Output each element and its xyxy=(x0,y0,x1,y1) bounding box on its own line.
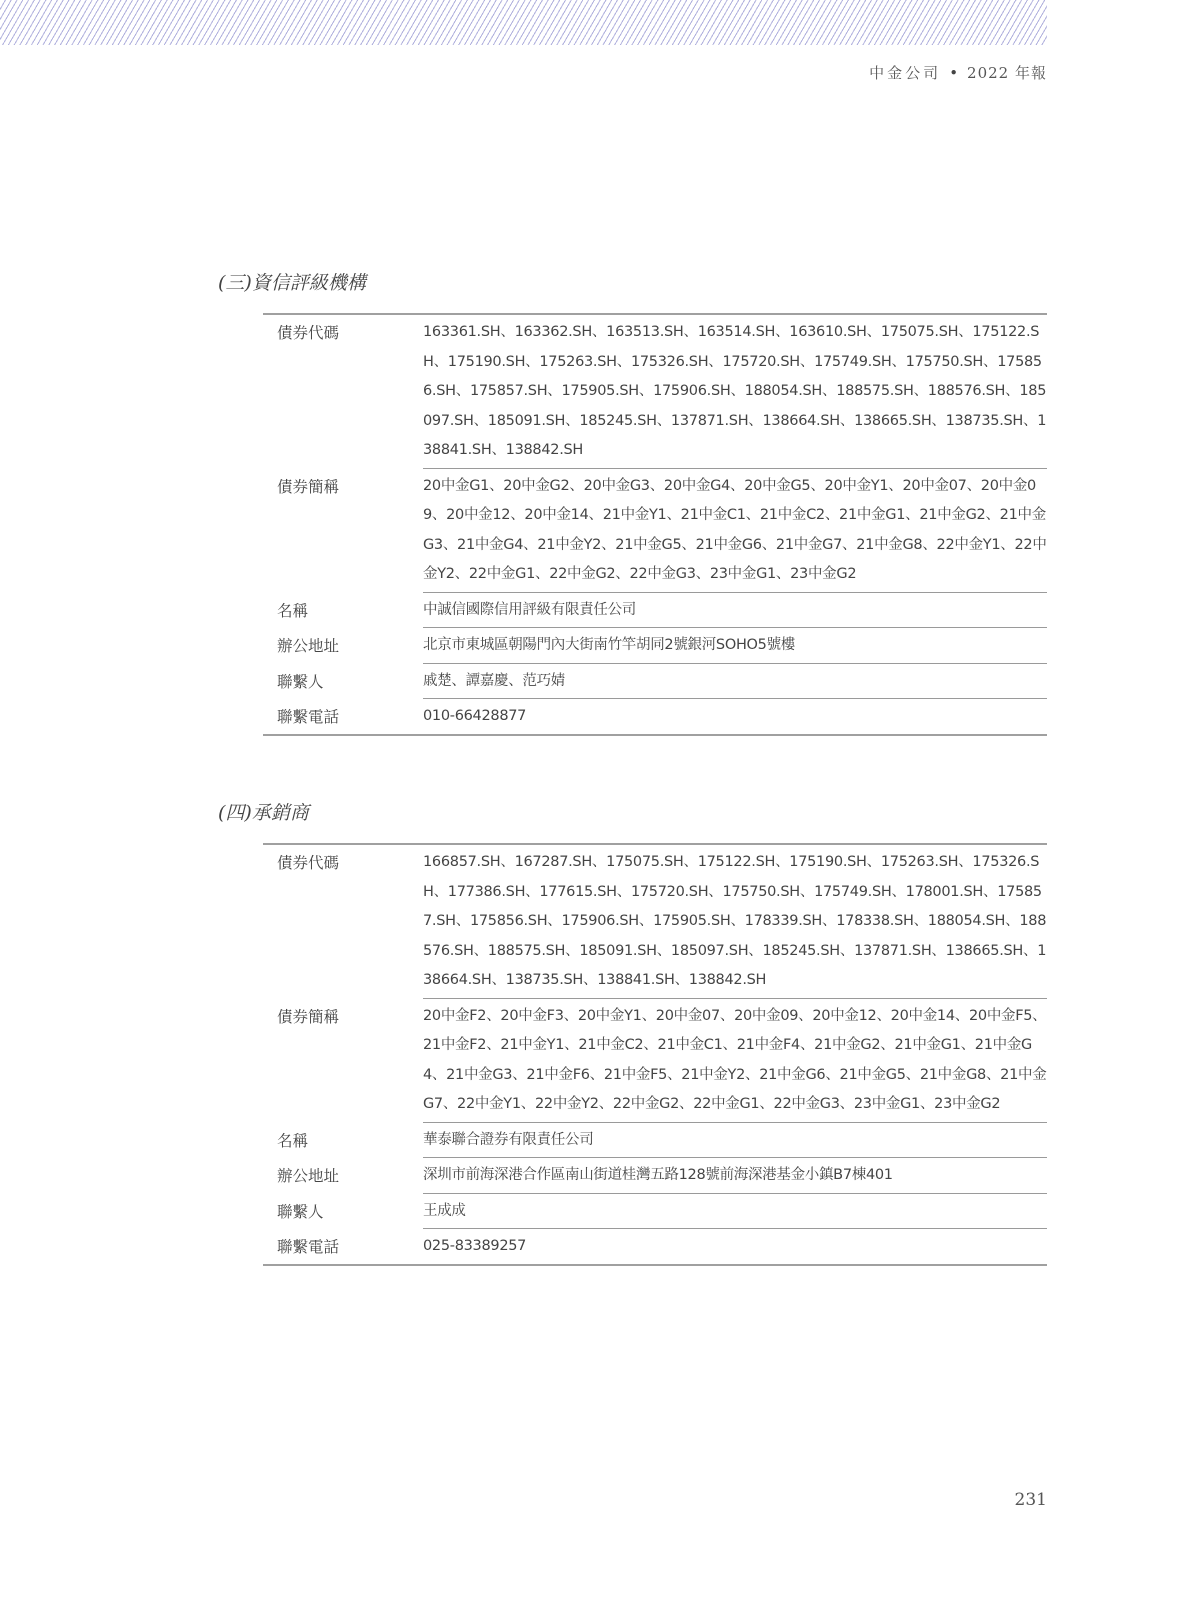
row-value: 中誠信國際信用評級有限責任公司 xyxy=(423,593,1047,629)
row-label: 聯繫人 xyxy=(263,1194,423,1230)
row-label: 聯繫電話 xyxy=(263,699,423,734)
table-row-contact-phone: 聯繫電話 025-83389257 xyxy=(263,1229,1047,1264)
running-header: 中金公司 • 2022 年報 xyxy=(869,62,1047,83)
decorative-hatch-band xyxy=(0,0,1047,45)
row-value: 010-66428877 xyxy=(423,699,1047,734)
row-value: 20中金F2、20中金F3、20中金Y1、20中金07、20中金09、20中金1… xyxy=(423,999,1047,1123)
row-label: 債券代碼 xyxy=(263,845,423,999)
row-label: 債券簡稱 xyxy=(263,999,423,1123)
row-label: 辦公地址 xyxy=(263,628,423,664)
page-number: 231 xyxy=(1015,1490,1047,1510)
row-value: 166857.SH、167287.SH、175075.SH、175122.SH、… xyxy=(423,845,1047,999)
row-value: 20中金G1、20中金G2、20中金G3、20中金G4、20中金G5、20中金Y… xyxy=(423,469,1047,593)
row-value: 深圳市前海深港合作區南山街道桂灣五路128號前海深港基金小鎮B7棟401 xyxy=(423,1158,1047,1194)
table-row-bond-codes: 債券代碼 163361.SH、163362.SH、163513.SH、16351… xyxy=(263,315,1047,469)
header-company: 中金公司 xyxy=(869,62,941,83)
underwriter-table: 債券代碼 166857.SH、167287.SH、175075.SH、17512… xyxy=(263,843,1047,1266)
row-value: 北京市東城區朝陽門內大街南竹竿胡同2號銀河SOHO5號樓 xyxy=(423,628,1047,664)
row-value: 163361.SH、163362.SH、163513.SH、163514.SH、… xyxy=(423,315,1047,469)
table-row-office-address: 辦公地址 北京市東城區朝陽門內大街南竹竿胡同2號銀河SOHO5號樓 xyxy=(263,628,1047,664)
row-value: 戚楚、譚嘉慶、范巧婧 xyxy=(423,664,1047,700)
row-label: 債券代碼 xyxy=(263,315,423,469)
row-label: 債券簡稱 xyxy=(263,469,423,593)
section-title-rating-agency: (三)資信評級機構 xyxy=(218,268,366,295)
table-row-name: 名稱 中誠信國際信用評級有限責任公司 xyxy=(263,593,1047,629)
table-row-office-address: 辦公地址 深圳市前海深港合作區南山街道桂灣五路128號前海深港基金小鎮B7棟40… xyxy=(263,1158,1047,1194)
table-row-contact-person: 聯繫人 王成成 xyxy=(263,1194,1047,1230)
row-label: 聯繫電話 xyxy=(263,1229,423,1264)
rating-agency-table: 債券代碼 163361.SH、163362.SH、163513.SH、16351… xyxy=(263,313,1047,736)
table-row-bond-abbreviations: 債券簡稱 20中金F2、20中金F3、20中金Y1、20中金07、20中金09、… xyxy=(263,999,1047,1123)
table-row-bond-abbreviations: 債券簡稱 20中金G1、20中金G2、20中金G3、20中金G4、20中金G5、… xyxy=(263,469,1047,593)
section-title-underwriter: (四)承銷商 xyxy=(218,798,309,825)
header-separator: • xyxy=(949,64,959,82)
table-row-contact-phone: 聯繫電話 010-66428877 xyxy=(263,699,1047,734)
header-report: 2022 年報 xyxy=(967,62,1047,83)
row-label: 名稱 xyxy=(263,593,423,629)
table-row-contact-person: 聯繫人 戚楚、譚嘉慶、范巧婧 xyxy=(263,664,1047,700)
row-label: 聯繫人 xyxy=(263,664,423,700)
row-value: 王成成 xyxy=(423,1194,1047,1230)
row-label: 名稱 xyxy=(263,1123,423,1159)
table-row-bond-codes: 債券代碼 166857.SH、167287.SH、175075.SH、17512… xyxy=(263,845,1047,999)
table-row-name: 名稱 華泰聯合證券有限責任公司 xyxy=(263,1123,1047,1159)
row-value: 華泰聯合證券有限責任公司 xyxy=(423,1123,1047,1159)
row-label: 辦公地址 xyxy=(263,1158,423,1194)
row-value: 025-83389257 xyxy=(423,1229,1047,1264)
